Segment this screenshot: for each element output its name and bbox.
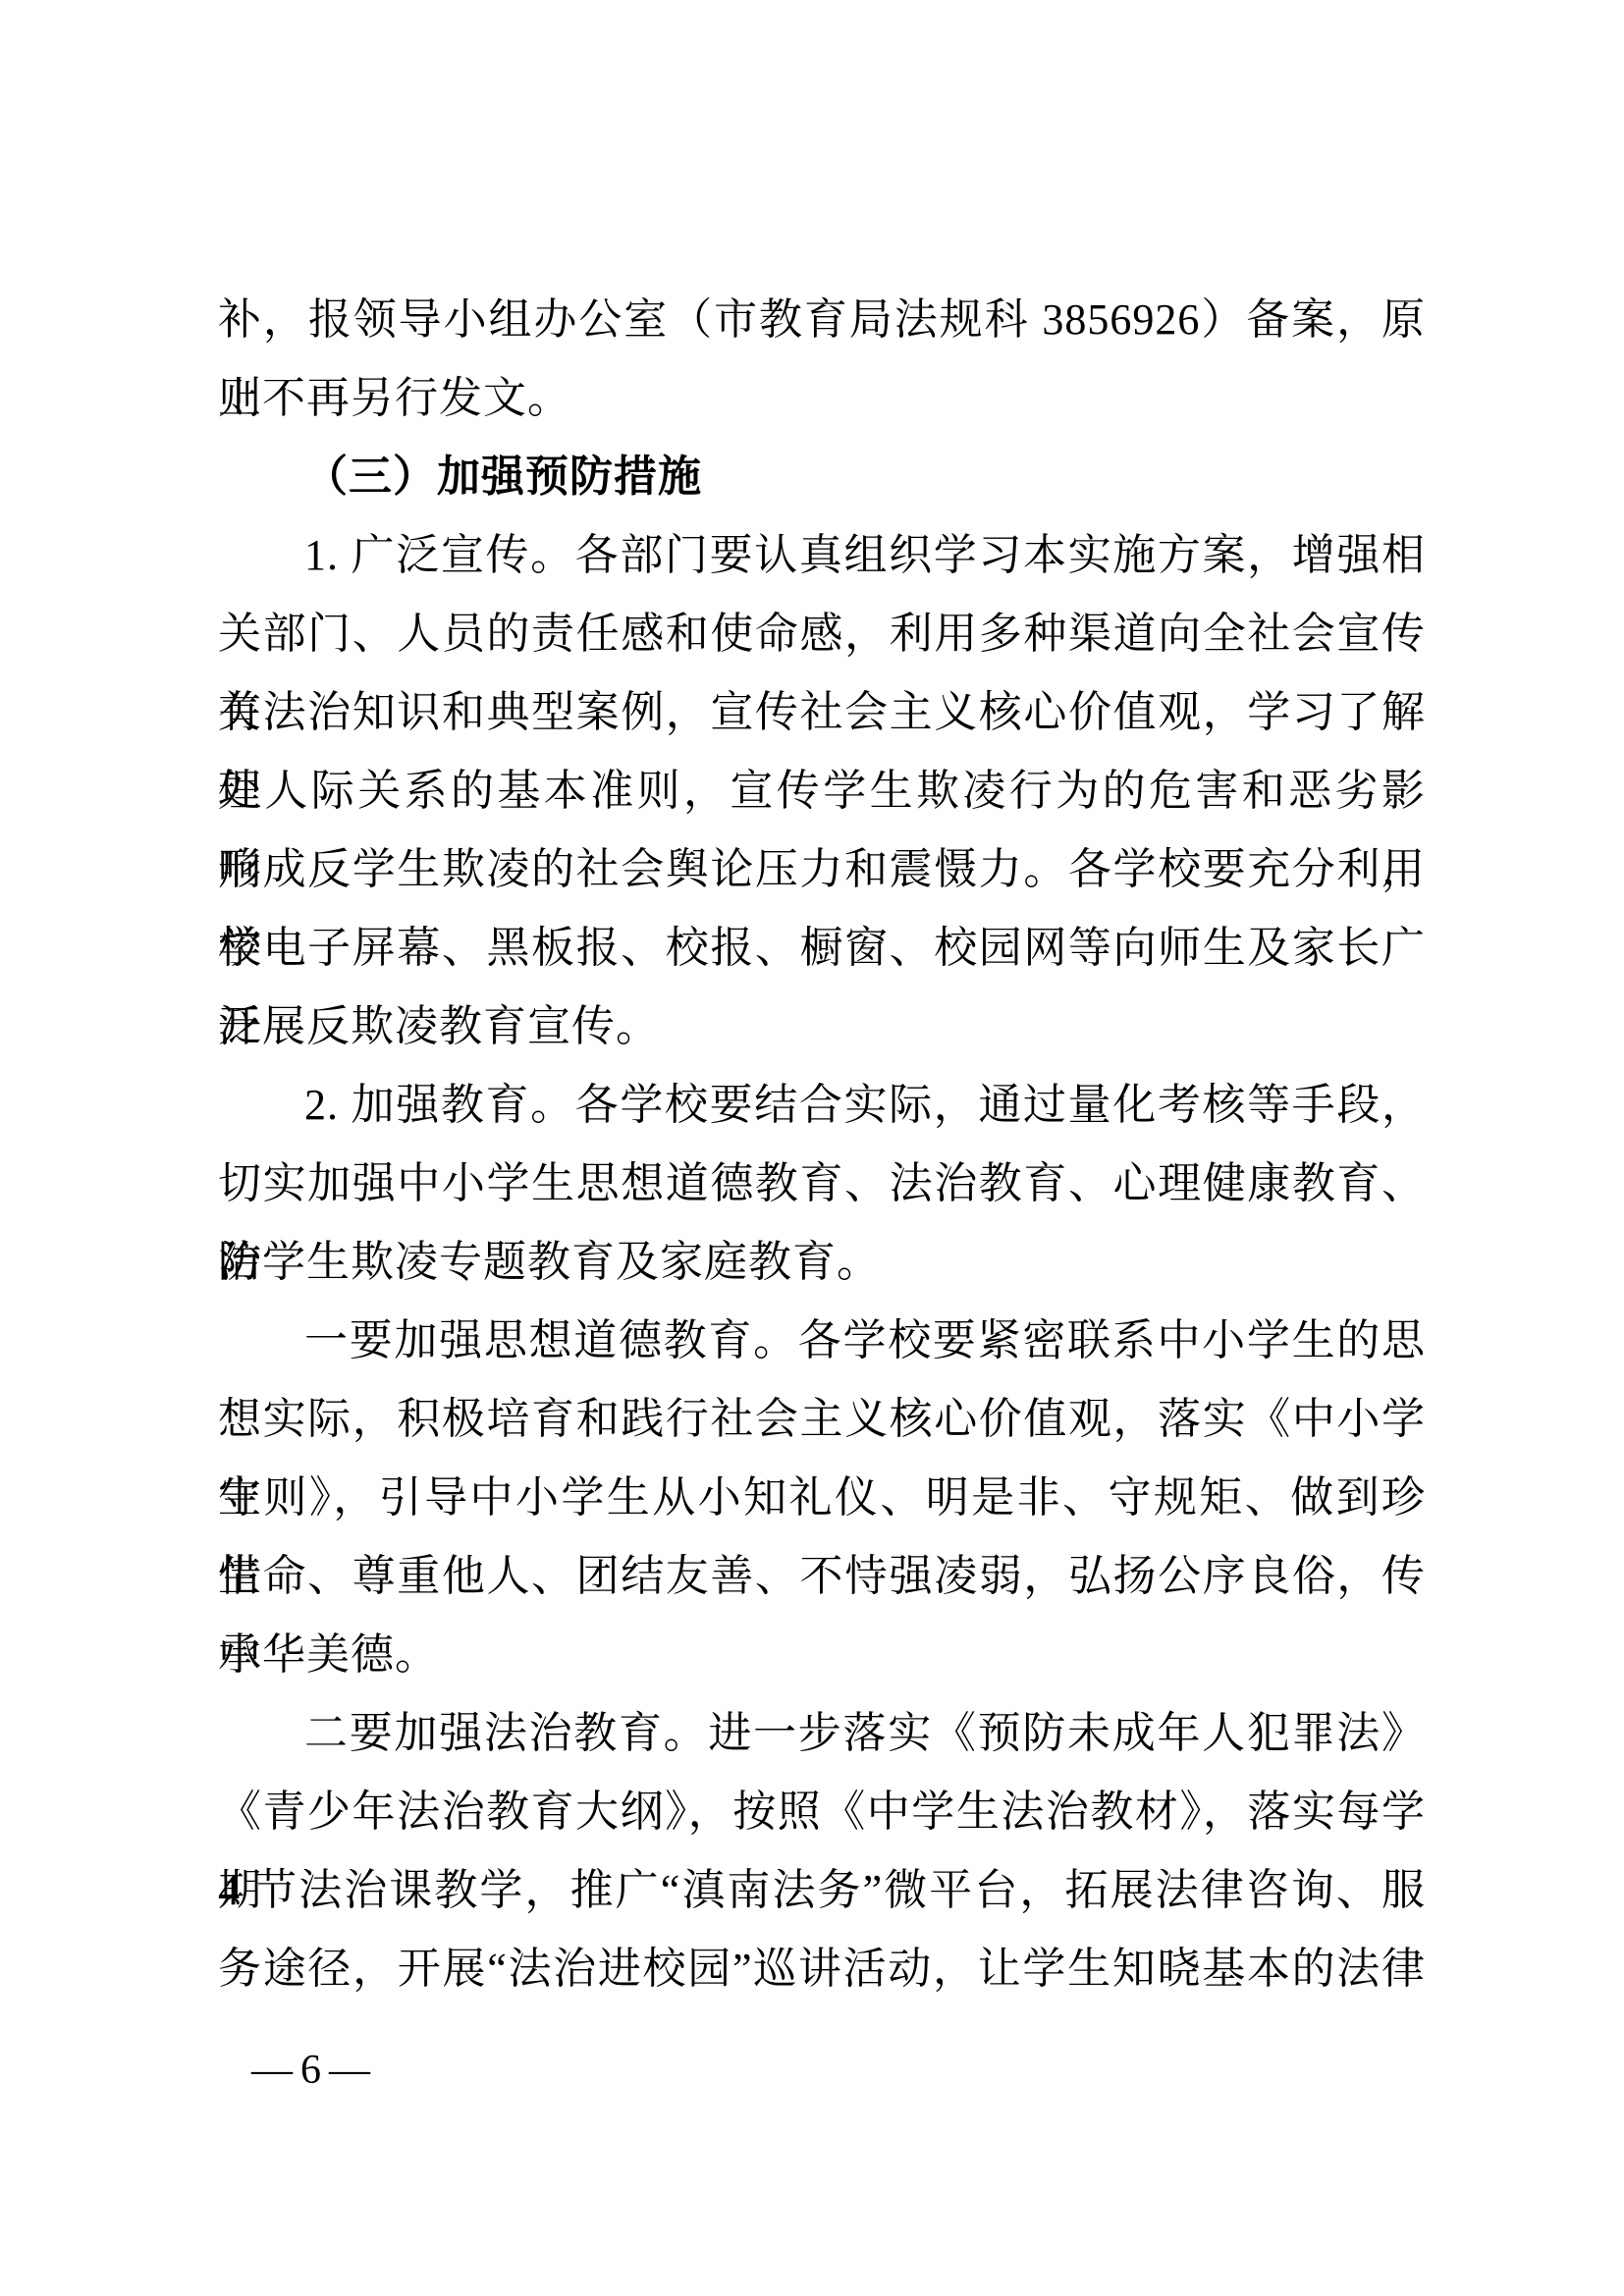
document-page: 补，报领导小组办公室（市教育局法规科 3856926）备案，原则上不再另行发文。… xyxy=(0,0,1624,2296)
text-line: 开展反欺凌教育宣传。 xyxy=(218,988,1426,1066)
text-line: 生命、尊重他人、团结友善、不恃强凌弱，弘扬公序良俗，传承 xyxy=(218,1537,1426,1616)
text-line: 想实际，积极培育和践行社会主义核心价值观，落实《中小学生 xyxy=(218,1380,1426,1459)
text-line: 补，报领导小组办公室（市教育局法规科 3856926）备案，原则 xyxy=(218,281,1426,359)
text-line: 形成反学生欺凌的社会舆论压力和震慑力。各学校要充分利用学 xyxy=(218,830,1426,909)
text-line: 二要加强法治教育。进一步落实《预防未成年人犯罪法》 xyxy=(218,1694,1426,1773)
text-line: 上不再另行发文。 xyxy=(218,359,1426,438)
text-line: 治学生欺凌专题教育及家庭教育。 xyxy=(218,1223,1426,1302)
text-line: 2. 加强教育。各学校要结合实际，通过量化考核等手段， xyxy=(218,1066,1426,1145)
text-line: 切实加强中小学生思想道德教育、法治教育、心理健康教育、防 xyxy=(218,1145,1426,1223)
text-line: 关部门、人员的责任感和使命感，利用多种渠道向全社会宣传有 xyxy=(218,595,1426,673)
text-line: 4 节法治课教学，推广“滇南法务”微平台，拓展法律咨询、服 xyxy=(218,1851,1426,1930)
page-number: —6— xyxy=(251,2048,378,2093)
text-line: 一要加强思想道德教育。各学校要紧密联系中小学生的思 xyxy=(218,1302,1426,1380)
text-block: 补，报领导小组办公室（市教育局法规科 3856926）备案，原则上不再另行发文。… xyxy=(218,281,1426,2008)
text-line: 《青少年法治教育大纲》，按照《中学生法治教材》，落实每学期 xyxy=(218,1773,1426,1851)
text-line: 守则》，引导中小学生从小知礼仪、明是非、守规矩、做到珍惜 xyxy=(218,1459,1426,1537)
section-heading: （三）加强预防措施 xyxy=(218,438,1426,516)
text-line: 务途径，开展“法治进校园”巡讲活动，让学生知晓基本的法律 xyxy=(218,1930,1426,2008)
text-line: 1. 广泛宣传。各部门要认真组织学习本实施方案，增强相 xyxy=(218,516,1426,595)
text-line: 中华美德。 xyxy=(218,1616,1426,1694)
text-line: 理人际关系的基本准则，宣传学生欺凌行为的危害和恶劣影响， xyxy=(218,752,1426,830)
text-line: 关法治知识和典型案例，宣传社会主义核心价值观，学习了解处 xyxy=(218,673,1426,752)
text-line: 校电子屏幕、黑板报、校报、橱窗、校园网等向师生及家长广泛 xyxy=(218,909,1426,988)
